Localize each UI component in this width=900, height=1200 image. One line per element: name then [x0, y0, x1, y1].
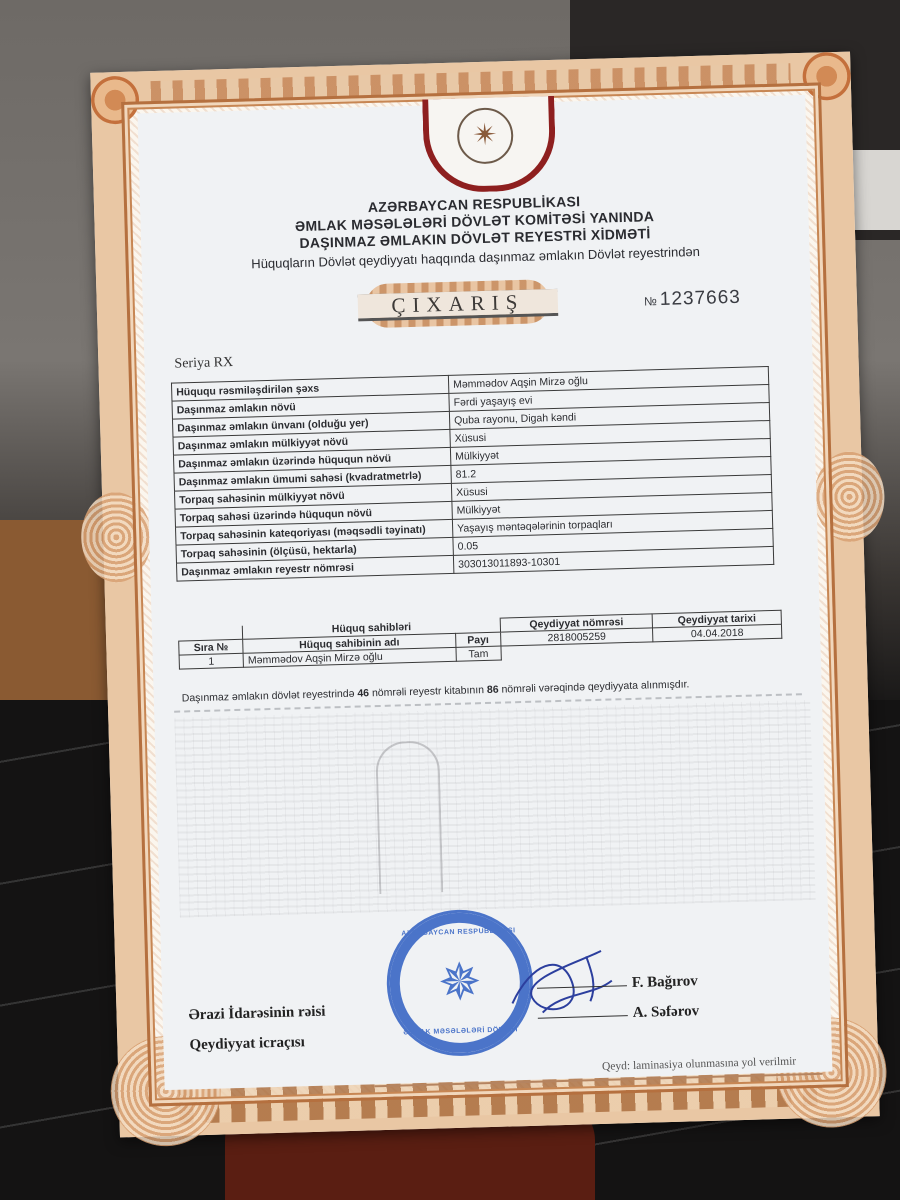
- owner-reg-date: 04.04.2018: [653, 624, 782, 642]
- signatory-name-2: A. Səfərov: [633, 1003, 700, 1022]
- registry-text: nömrəli vərəqində qeydiyyata alınmışdır.: [498, 678, 689, 695]
- lamination-note: Qeyd: laminasiya olunmasına yol verilmir: [602, 1055, 796, 1072]
- seal-star-icon: ✵: [429, 952, 491, 1014]
- title-banner: ÇIXARIŞ: [357, 277, 558, 331]
- col-share: Payı: [455, 632, 501, 647]
- state-emblem-icon: ✴: [456, 107, 514, 165]
- owner-index: 1: [179, 653, 244, 669]
- signatory-name-1: F. Bağırov: [632, 973, 698, 992]
- registry-page-number: 86: [487, 684, 499, 696]
- emblem-tab: ✴: [422, 96, 557, 194]
- certificate-document: ✴ AZƏRBAYCAN RESPUBLİKASI ƏMLAK MƏSƏLƏLƏ…: [90, 52, 879, 1138]
- background-watermark-image: [174, 700, 815, 918]
- owners-table: Hüquq sahibləri Qeydiyyat nömrəsi Qeydiy…: [178, 610, 783, 670]
- series-label: Seriya RX: [174, 355, 233, 373]
- document-body: ✴ AZƏRBAYCAN RESPUBLİKASI ƏMLAK MƏSƏLƏLƏ…: [137, 95, 832, 1090]
- signatory-role-2: Qeydiyyat icraçısı: [189, 1034, 305, 1054]
- registry-text: Daşınmaz əmlakın dövlət reyestrində: [182, 688, 358, 705]
- document-number: №1237663: [644, 287, 741, 312]
- signatory-role-1: Ərazi İdarəsinin rəisi: [188, 1004, 325, 1025]
- handwritten-signature: [501, 940, 623, 1023]
- owner-share: Tam: [456, 646, 502, 661]
- seal-top-text: AZƏRBAYCAN RESPUBLİKASI: [388, 927, 528, 938]
- registry-text: nömrəli reyestr kitabının: [369, 684, 487, 699]
- owner-reg-number: 2818005259: [500, 628, 652, 646]
- registry-book-number: 46: [357, 687, 369, 699]
- registry-statement: Daşınmaz əmlakın dövlət reyestrində 46 n…: [182, 678, 690, 704]
- number-sign: №: [644, 294, 657, 308]
- document-number-value: 1237663: [660, 287, 742, 310]
- watermark-arch: [375, 740, 443, 894]
- seal-bottom-text: ƏMLAK MƏSƏLƏLƏRİ DÖVLƏT: [391, 1026, 531, 1037]
- property-info-table: Hüququ rəsmiləşdirilən şəxsMəmmədov Aqşi…: [171, 366, 774, 582]
